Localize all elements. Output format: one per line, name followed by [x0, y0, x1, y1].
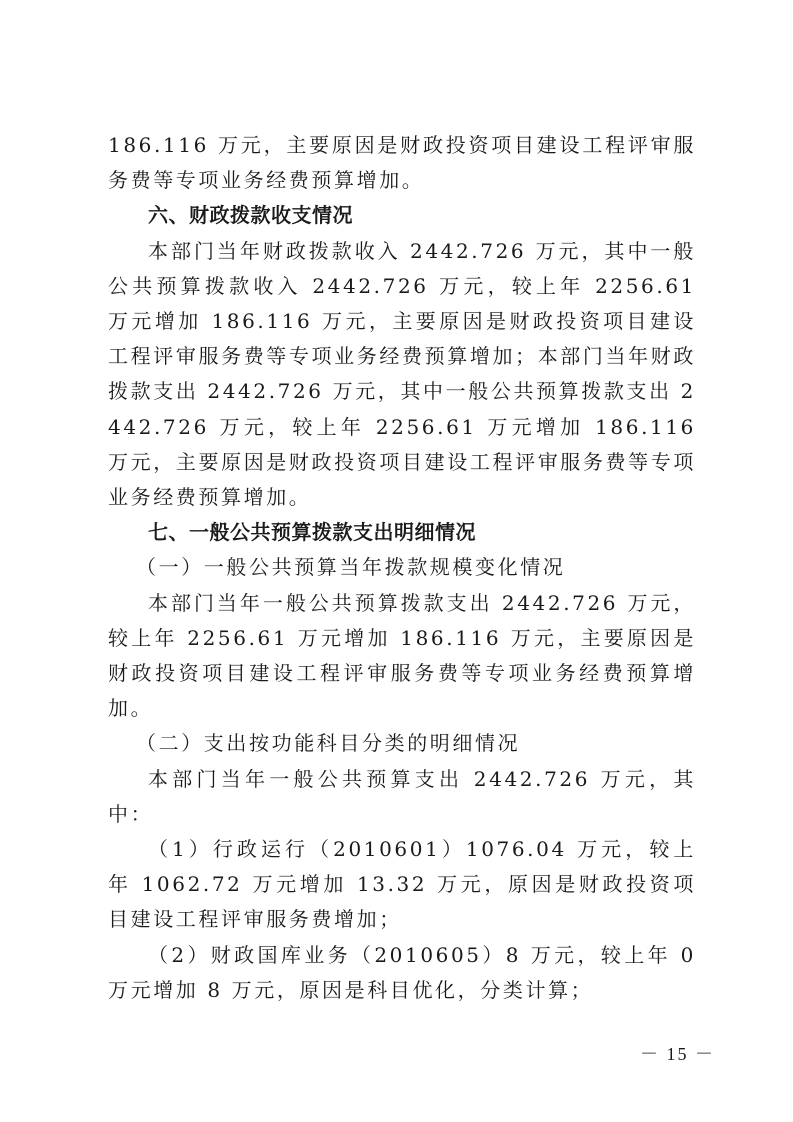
- paragraph-expenditure-intro: 本部门当年一般公共预算支出 2442.726 万元，其中：: [108, 762, 696, 832]
- paragraph-fiscal-income-expenditure: 本部门当年财政拨款收入 2442.726 万元，其中一般公共预算拨款收入 244…: [108, 234, 696, 516]
- section-heading-7: 七、一般公共预算拨款支出明细情况: [108, 515, 696, 550]
- list-item-admin-operation: （1）行政运行（2010601）1076.04 万元，较上年 1062.72 万…: [108, 832, 696, 938]
- list-item-treasury-business: （2）财政国库业务（2010605）8 万元，较上年 0 万元增加 8 万元，原…: [108, 938, 696, 1008]
- subsection-heading-2: （二）支出按功能科目分类的明细情况: [108, 726, 696, 761]
- paragraph-continued: 186.116 万元，主要原因是财政投资项目建设工程评审服务费等专项业务经费预算…: [108, 128, 696, 198]
- paragraph-scale-change: 本部门当年一般公共预算拨款支出 2442.726 万元，较上年 2256.61 …: [108, 586, 696, 727]
- section-heading-6: 六、财政拨款收支情况: [108, 198, 696, 233]
- subsection-heading-1: （一）一般公共预算当年拨款规模变化情况: [108, 550, 696, 585]
- document-page: 186.116 万元，主要原因是财政投资项目建设工程评审服务费等专项业务经费预算…: [108, 128, 696, 1008]
- page-number: － 15 －: [640, 1040, 715, 1066]
